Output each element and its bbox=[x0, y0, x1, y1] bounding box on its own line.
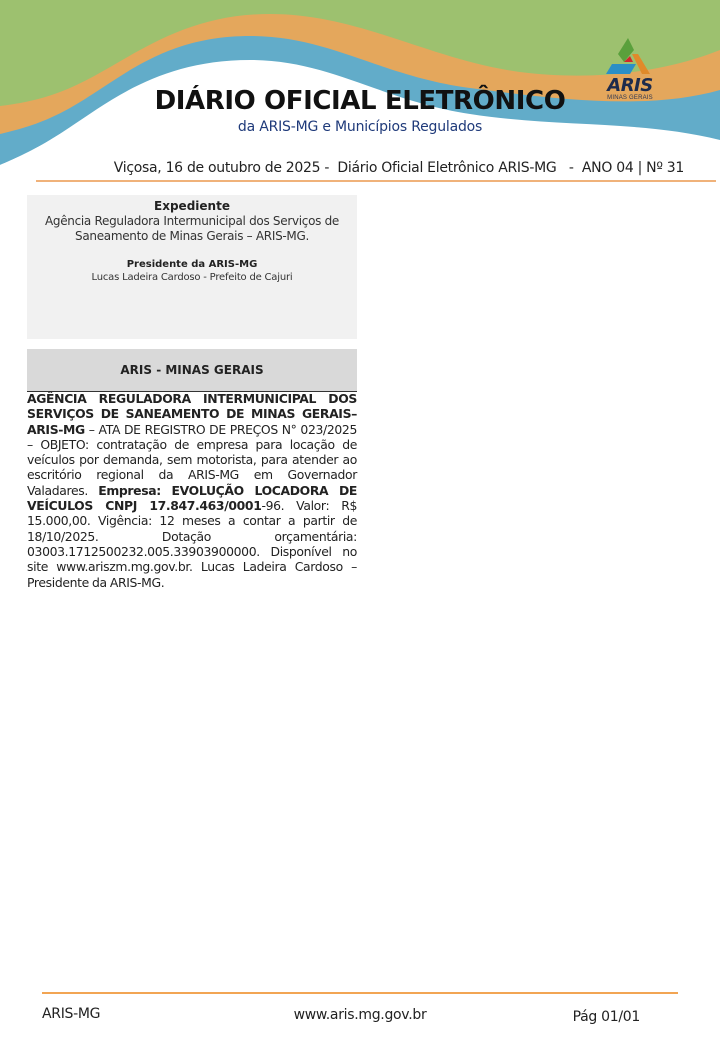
president-name: Lucas Ladeira Cardoso - Prefeito de Caju… bbox=[27, 271, 357, 284]
aris-logo: ARIS MINAS GERAIS bbox=[598, 36, 662, 108]
edition-info: Viçosa, 16 de outubro de 2025 - Diário O… bbox=[36, 160, 684, 176]
logo-wordmark: ARIS bbox=[598, 76, 662, 96]
section-header: ARIS - MINAS GERAIS bbox=[27, 349, 357, 392]
president-title: Presidente da ARIS-MG bbox=[27, 258, 357, 271]
page-title: DIÁRIO OFICIAL ELETRÔNICO bbox=[140, 84, 580, 118]
page-number: Pág 01/01 bbox=[540, 1009, 640, 1025]
footer-divider bbox=[42, 992, 678, 994]
page-subtitle: da ARIS-MG e Municípios Regulados bbox=[140, 119, 580, 135]
article-body: AGÊNCIA REGULADORA INTERMUNICIPAL DOS SE… bbox=[27, 391, 357, 590]
footer-org: ARIS-MG bbox=[42, 1006, 100, 1022]
expediente-agency: Agência Reguladora Intermunicipal dos Se… bbox=[27, 214, 357, 244]
expediente-title: Expediente bbox=[27, 199, 357, 214]
expediente-box: Expediente Agência Reguladora Intermunic… bbox=[27, 195, 357, 339]
logo-subtitle: MINAS GERAIS bbox=[598, 95, 662, 101]
footer-website-link[interactable]: www.aris.mg.gov.br bbox=[230, 1007, 490, 1023]
aris-triangle-logo-icon bbox=[598, 36, 662, 76]
header-divider bbox=[36, 180, 716, 182]
